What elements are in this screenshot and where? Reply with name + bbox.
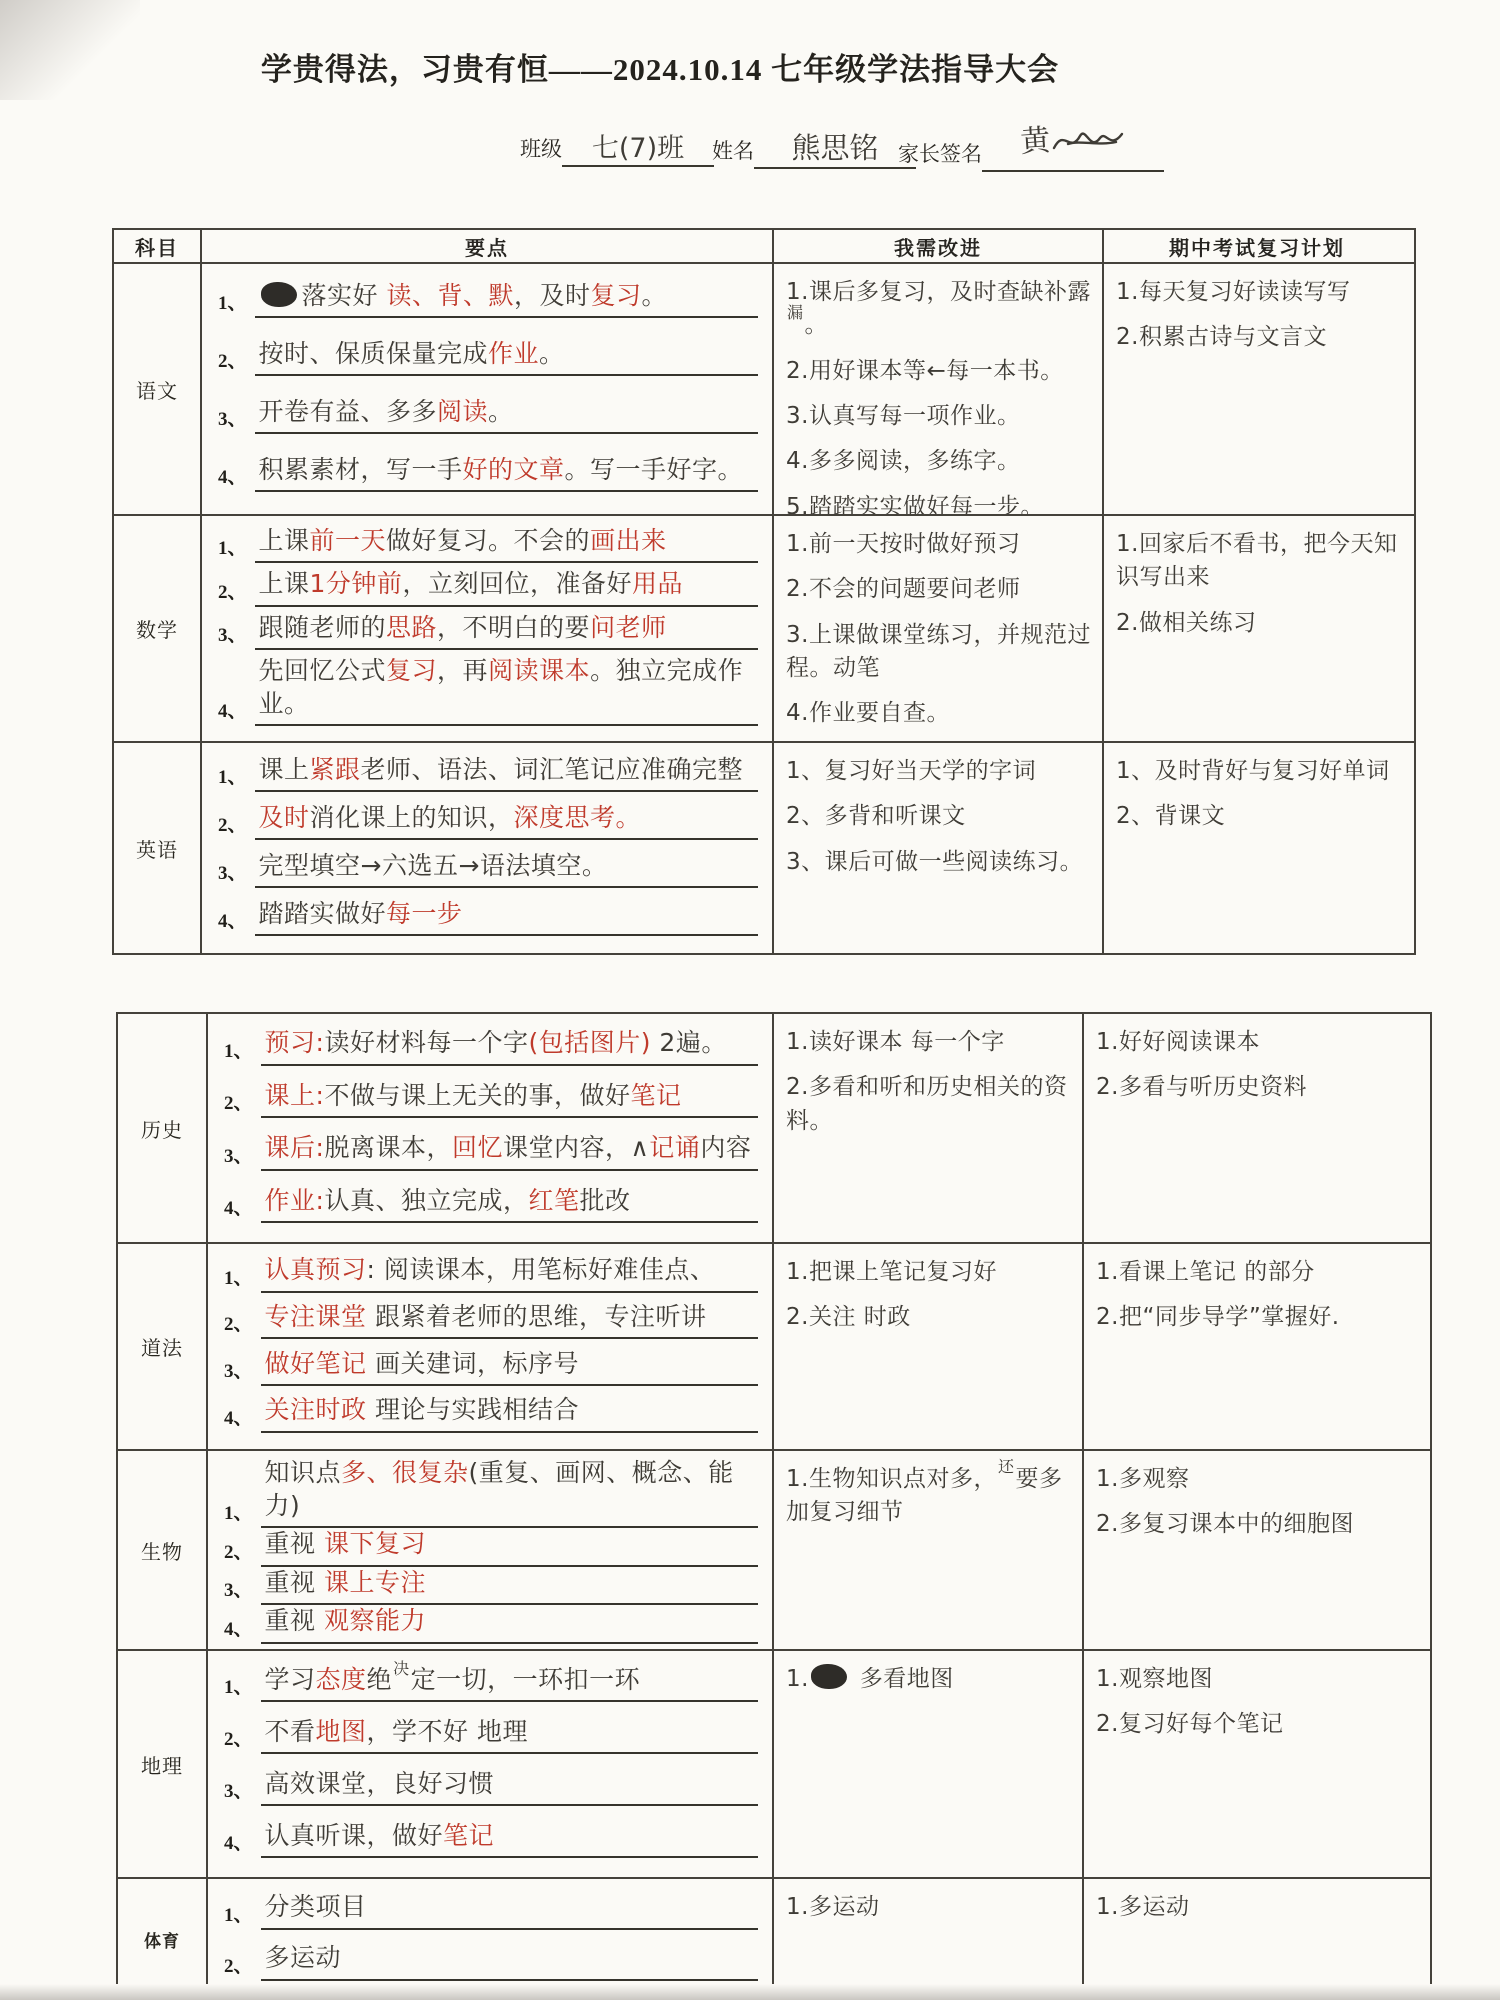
red-annotation: 态度: [316, 1665, 367, 1694]
keypoint-underline-text: 完型填空→六选五→语法填空。: [255, 850, 758, 889]
handwritten-text: 关注 时政: [809, 1304, 911, 1330]
keypoints-cell: 1、预习:读好材料每一个字(包括图片) 2遍。2、课上:不做与课上无关的事，做好…: [206, 1014, 772, 1242]
table-body-bottom: 历史1、预习:读好材料每一个字(包括图片) 2遍。2、课上:不做与课上无关的事，…: [118, 1014, 1430, 1999]
handwritten-text: 绝: [367, 1665, 393, 1694]
item-number: 2.: [786, 1304, 809, 1330]
subject-cell: 生物: [118, 1451, 206, 1649]
item-number: 1、: [218, 533, 247, 560]
subject-label: 生物: [141, 1536, 183, 1565]
improve-item: 1.课后多复习，及时查缺补露漏。: [786, 276, 1094, 343]
table-row-地理: 地理1、学习态度绝决定一切，一环扣一环2、不看地图，学不好 地理3、高效课堂，良…: [118, 1649, 1430, 1877]
keypoint-item: 4、重视 观察能力: [216, 1605, 758, 1644]
parent-signature-field: 家长签名 黄: [898, 126, 1164, 172]
red-annotation: 课上:: [265, 1081, 325, 1110]
keypoint-underline-text: 不看地图，学不好 地理: [261, 1716, 758, 1755]
handwritten-text: 多复习课本中的细胞图: [1119, 1511, 1354, 1537]
subject-label: 数学: [136, 614, 178, 643]
keypoint-item: 1、分类项目: [216, 1891, 758, 1930]
red-annotation: 作业: [488, 339, 539, 368]
handwritten-text: 。: [539, 339, 565, 368]
keypoint-underline-text: 及时消化课上的知识，深度思考。: [255, 802, 758, 841]
handwritten-text: 画关建词，标序号: [367, 1349, 579, 1378]
keypoint-item: 2、多运动: [216, 1942, 758, 1981]
item-number: 1、: [218, 762, 247, 789]
handwritten-text: ，及时: [514, 281, 591, 310]
item-number: 2.: [1096, 1511, 1119, 1537]
handwritten-text: 。: [642, 281, 668, 310]
subject-label: 语文: [136, 375, 178, 404]
inserted-correction: 决: [393, 1659, 410, 1678]
handwritten-text: 。: [805, 312, 829, 338]
subject-cell: 体育: [118, 1879, 206, 1999]
subject-label: 历史: [141, 1114, 183, 1143]
improve-item: 1.读好课本 每一个字: [786, 1026, 1074, 1059]
study-method-table-top: 科目 要点 我需改进 期中考试复习计划 语文1、落实好 读、背、默，及时复习。2…: [112, 228, 1416, 955]
handwritten-text: 及时背好与复习好单词: [1155, 758, 1390, 784]
signature-handwriting: 黄: [1019, 115, 1052, 161]
keypoint-item: 2、专注课堂 跟紧着老师的思维，专注听讲: [216, 1301, 758, 1340]
red-annotation: 紧跟: [310, 755, 361, 784]
class-value: 七(7)班: [562, 126, 714, 167]
keypoints-cell: 1、认真预习: 阅读课本，用笔标好难佳点、2、专注课堂 跟紧着老师的思维，专注听…: [206, 1244, 772, 1449]
keypoint-underline-text: 作业:认真、独立完成，红笔批改: [261, 1185, 758, 1224]
handwritten-text: 生物知识点对多，: [809, 1466, 997, 1492]
plan-item: 2.做相关练习: [1116, 607, 1402, 640]
keypoint-underline-text: 课上紧跟老师、语法、词汇笔记应准确完整: [255, 754, 758, 793]
item-number: 1.: [786, 279, 809, 305]
red-annotation: 预习:: [265, 1028, 325, 1057]
keypoint-item: 1、课上紧跟老师、语法、词汇笔记应准确完整: [210, 754, 758, 793]
item-number: 4、: [218, 462, 247, 489]
table-header-row: 科目 要点 我需改进 期中考试复习计划: [114, 230, 1414, 262]
keypoint-underline-text: 踏踏实做好每一步: [255, 898, 758, 937]
item-number: 2.: [786, 1074, 809, 1100]
handwritten-text: 踏踏实做好: [259, 899, 387, 928]
red-annotation: 做好笔记: [265, 1349, 367, 1378]
handwritten-text: 课后可做一些阅读练习。: [825, 849, 1084, 875]
item-number: 1、: [218, 288, 247, 315]
improve-item: 1.多运动: [786, 1891, 1074, 1924]
item-number: 2.: [786, 576, 809, 602]
red-annotation: 课后:: [265, 1133, 325, 1162]
name-value: 熊思铭: [754, 126, 916, 169]
handwritten-text: 积累素材，写一手: [259, 455, 463, 484]
exam-plan-cell: 1.看课上笔记 的部分2.把“同步导学”掌握好.: [1082, 1244, 1426, 1449]
item-number: 1.: [786, 1666, 809, 1692]
keypoint-item: 2、不看地图，学不好 地理: [216, 1716, 758, 1755]
plan-item: 2.多看与听历史资料: [1096, 1071, 1418, 1104]
handwritten-text: 认真听课，做好: [265, 1821, 444, 1850]
improve-item: 1、复习好当天学的字词: [786, 755, 1094, 788]
improve-item: 4.作业要自查。: [786, 697, 1094, 730]
keypoint-underline-text: 课后:脱离课本，回忆课堂内容，∧记诵内容: [261, 1132, 758, 1171]
table-row-历史: 历史1、预习:读好材料每一个字(包括图片) 2遍。2、课上:不做与课上无关的事，…: [118, 1014, 1430, 1242]
improve-item: 5.踏踏实实做好每一步。: [786, 491, 1094, 514]
keypoint-underline-text: 上课前一天做好复习。不会的画出来: [255, 525, 758, 564]
red-annotation: 深度思考。: [514, 803, 642, 832]
keypoint-underline-text: 认真预习: 阅读课本，用笔标好难佳点、: [261, 1254, 758, 1293]
exam-plan-cell: 1.多运动: [1082, 1879, 1426, 1999]
table-row-生物: 生物1、知识点多、很复杂(重复、画网、概念、能力)2、重视 课下复习3、重视 课…: [118, 1449, 1430, 1649]
red-annotation: 地图: [316, 1717, 367, 1746]
handwritten-text: 课后多复习，及时查缺补露: [809, 279, 1091, 305]
improve-cell: 1.前一天按时做好预习2.不会的问题要问老师3.上课做课堂练习，并规范过程。动笔…: [772, 516, 1102, 741]
keypoint-item: 4、认真听课，做好笔记: [216, 1820, 758, 1859]
keypoint-underline-text: 上课1分钟前，立刻回位，准备好用品: [255, 568, 758, 607]
handwritten-text: 理论与实践相结合: [367, 1395, 579, 1424]
table-row-英语: 英语1、课上紧跟老师、语法、词汇笔记应准确完整2、及时消化课上的知识，深度思考。…: [114, 741, 1414, 953]
keypoint-item: 1、认真预习: 阅读课本，用笔标好难佳点、: [216, 1254, 758, 1293]
improve-cell: 1、复习好当天学的字词2、多背和听课文3、课后可做一些阅读练习。: [772, 743, 1102, 953]
item-number: 2.: [786, 358, 809, 384]
item-number: 2、: [218, 346, 247, 373]
red-annotation: 课上专注: [324, 1568, 426, 1597]
handwritten-text: 多运动: [265, 1943, 342, 1972]
handwritten-text: 高效课堂，良好习惯: [265, 1769, 495, 1798]
keypoint-item: 3、跟随老师的思路，不明白的要问老师: [210, 612, 758, 651]
item-number: 4、: [224, 1193, 253, 1220]
keypoint-underline-text: 落实好 读、背、默，及时复习。: [255, 280, 758, 319]
plan-item: 2.多复习课本中的细胞图: [1096, 1508, 1418, 1541]
handwritten-text: 不做与课上无关的事，做好: [324, 1081, 630, 1110]
exam-plan-cell: 1.每天复习好读读写写2.积累古诗与文言文: [1102, 264, 1410, 514]
item-number: 2、: [218, 810, 247, 837]
red-annotation: 前一天: [310, 526, 387, 555]
improve-item: 3.认真写每一项作业。: [786, 400, 1094, 433]
handwritten-text: : 阅读课本，用笔标好难佳点、: [367, 1255, 716, 1284]
keypoint-item: 4、积累素材，写一手好的文章。写一手好字。: [210, 454, 758, 493]
improve-cell: 1.读好课本 每一个字2.多看和听和历史相关的资料。: [772, 1014, 1082, 1242]
red-annotation: 笔记: [443, 1821, 494, 1850]
handwritten-text: 多看和听和历史相关的资料。: [786, 1074, 1067, 1133]
item-number: 2、: [786, 803, 825, 829]
handwritten-text: 多观察: [1119, 1466, 1190, 1492]
handwritten-text: 跟紧着老师的思维，专注听讲: [367, 1302, 707, 1331]
item-number: 2、: [224, 1309, 253, 1336]
handwritten-text: 不会的问题要问老师: [809, 576, 1021, 602]
item-number: 1、: [224, 1498, 253, 1525]
handwritten-text: 知识点: [265, 1458, 342, 1487]
header-exam-plan: 期中考试复习计划: [1102, 230, 1410, 262]
keypoint-item: 3、完型填空→六选五→语法填空。: [210, 850, 758, 889]
keypoint-underline-text: 重视 课下复习: [261, 1528, 758, 1567]
red-annotation: 回忆: [452, 1133, 503, 1162]
red-annotation: 1分钟前: [310, 569, 403, 598]
plan-item: 1.多运动: [1096, 1891, 1418, 1924]
handwritten-text: 作业要自查。: [809, 700, 950, 726]
red-annotation: 笔记: [630, 1081, 681, 1110]
item-number: 3、: [224, 1575, 253, 1602]
handwritten-text: 2遍。: [651, 1028, 727, 1057]
item-number: 4、: [224, 1614, 253, 1641]
handwritten-text: ，立刻回位，准备好: [402, 569, 632, 598]
improve-item: 3、课后可做一些阅读练习。: [786, 846, 1094, 879]
plan-item: 1、及时背好与复习好单词: [1116, 755, 1402, 788]
handwritten-text: 不看: [265, 1717, 316, 1746]
item-number: 2.: [1116, 610, 1139, 636]
handwritten-text: 重视: [265, 1606, 324, 1635]
item-number: 2.: [1096, 1711, 1119, 1737]
item-number: 3.: [786, 403, 809, 429]
handwritten-text: 观察地图: [1119, 1666, 1213, 1692]
keypoints-cell: 1、课上紧跟老师、语法、词汇笔记应准确完整2、及时消化课上的知识，深度思考。3、…: [200, 743, 772, 953]
keypoint-underline-text: 重视 观察能力: [261, 1605, 758, 1644]
improve-item: 3.上课做课堂练习，并规范过程。动笔: [786, 619, 1094, 686]
exam-plan-cell: 1.观察地图2.复习好每个笔记: [1082, 1651, 1426, 1877]
handwritten-text: 多运动: [809, 1894, 880, 1920]
signature-label: 家长签名: [898, 138, 982, 172]
keypoints-cell: 1、学习态度绝决定一切，一环扣一环2、不看地图，学不好 地理3、高效课堂，良好习…: [206, 1651, 772, 1877]
handwritten-text: 复习好当天学的字词: [825, 758, 1037, 784]
handwritten-text: 多运动: [1119, 1894, 1190, 1920]
handwritten-text: 。: [488, 397, 514, 426]
handwritten-text: 老师、语法、词汇笔记应准确完整: [361, 755, 744, 784]
red-annotation: 阅读: [437, 397, 488, 426]
subject-cell: 数学: [114, 516, 200, 741]
handwritten-text: 积累古诗与文言文: [1139, 324, 1327, 350]
red-annotation: 思路: [386, 613, 437, 642]
improve-item: 2.不会的问题要问老师: [786, 573, 1094, 606]
signature-scribble: [1050, 124, 1126, 158]
keypoint-item: 3、课后:脱离课本，回忆课堂内容，∧记诵内容: [216, 1132, 758, 1171]
plan-item: 2、背课文: [1116, 800, 1402, 833]
handwritten-text: ，不明白的要: [437, 613, 590, 642]
item-number: 2.: [1116, 324, 1139, 350]
handwritten-text: 跟随老师的: [259, 613, 387, 642]
plan-item: 2.积累古诗与文言文: [1116, 321, 1402, 354]
red-annotation: 好的文章: [463, 455, 565, 484]
handwritten-text: 看课上笔记 的部分: [1119, 1259, 1315, 1285]
handwritten-text: 批改: [579, 1186, 630, 1215]
exam-plan-cell: 1.多观察2.多复习课本中的细胞图: [1082, 1451, 1426, 1649]
item-number: 2、: [224, 1951, 253, 1978]
item-number: 3、: [224, 1776, 253, 1803]
item-number: 1.: [1116, 531, 1139, 557]
handwritten-text: 复习好每个笔记: [1119, 1711, 1284, 1737]
item-number: 1、: [224, 1036, 253, 1063]
handwritten-text: 消化课上的知识，: [310, 803, 514, 832]
handwritten-text: 多背和听课文: [825, 803, 966, 829]
keypoint-item: 1、知识点多、很复杂(重复、画网、概念、能力): [216, 1457, 758, 1528]
handwritten-text: 把课上笔记复习好: [809, 1259, 997, 1285]
subject-label: 道法: [141, 1332, 183, 1361]
keypoints-cell: 1、知识点多、很复杂(重复、画网、概念、能力)2、重视 课下复习3、重视 课上专…: [206, 1451, 772, 1649]
item-number: 1.: [1096, 1894, 1119, 1920]
handwritten-text: 前一天按时做好预习: [809, 531, 1021, 557]
improve-item: 2.关注 时政: [786, 1301, 1074, 1334]
plan-item: 2.复习好每个笔记: [1096, 1708, 1418, 1741]
keypoint-underline-text: 高效课堂，良好习惯: [261, 1768, 758, 1807]
keypoint-underline-text: 关注时政 理论与实践相结合: [261, 1394, 758, 1433]
handwritten-text: 学习: [265, 1665, 316, 1694]
red-annotation: 观察能力: [324, 1606, 426, 1635]
keypoint-underline-text: 认真听课，做好笔记: [261, 1820, 758, 1859]
handwritten-text: 多多阅读，多练字。: [809, 448, 1021, 474]
exam-plan-cell: 1、及时背好与复习好单词2、背课文: [1102, 743, 1410, 953]
item-number: 5.: [786, 494, 809, 514]
item-number: 1、: [224, 1900, 253, 1927]
plan-item: 1.观察地图: [1096, 1663, 1418, 1696]
keypoint-item: 3、高效课堂，良好习惯: [216, 1768, 758, 1807]
red-annotation: 记诵: [649, 1133, 700, 1162]
handwritten-text: 读好课本 每一个字: [809, 1029, 1005, 1055]
keypoint-item: 2、课上:不做与课上无关的事，做好笔记: [216, 1080, 758, 1119]
item-number: 2、: [218, 577, 247, 604]
item-number: 1.: [1096, 1029, 1119, 1055]
improve-cell: 1.多运动: [772, 1879, 1082, 1999]
keypoint-underline-text: 专注课堂 跟紧着老师的思维，专注听讲: [261, 1301, 758, 1340]
plan-item: 2.把“同步导学”掌握好.: [1096, 1301, 1418, 1334]
table-row-体育: 体育1、分类项目2、多运动1.多运动1.多运动: [118, 1877, 1430, 1999]
keypoint-item: 2、及时消化课上的知识，深度思考。: [210, 802, 758, 841]
scanned-document-page: 学贵得法，习贵有恒——2024.10.14 七年级学法指导大会 班级 七(7)班…: [0, 0, 1500, 2000]
keypoint-underline-text: 预习:读好材料每一个字(包括图片) 2遍。: [261, 1027, 758, 1066]
red-annotation: 复习: [386, 656, 437, 685]
improve-item: 1.生物知识点对多，还要多加复习细节: [786, 1463, 1074, 1530]
keypoints-cell: 1、上课前一天做好复习。不会的画出来2、上课1分钟前，立刻回位，准备好用品3、跟…: [200, 516, 772, 741]
keypoint-item: 1、落实好 读、背、默，及时复习。: [210, 280, 758, 319]
handwritten-text: 先回忆公式: [259, 656, 387, 685]
handwritten-text: ，学不好 地理: [367, 1717, 528, 1746]
plan-item: 1.多观察: [1096, 1463, 1418, 1496]
handwritten-text: 重视: [265, 1529, 324, 1558]
student-info-line: 班级 七(7)班 姓名 熊思铭 家长签名 黄: [0, 118, 1500, 178]
subject-cell: 语文: [114, 264, 200, 514]
item-number: 1.: [1096, 1259, 1119, 1285]
keypoint-underline-text: 重视 课上专注: [261, 1567, 758, 1606]
keypoint-underline-text: 按时、保质保量完成作业。: [255, 338, 758, 377]
subject-label: 英语: [136, 834, 178, 863]
keypoints-cell: 1、落实好 读、背、默，及时复习。2、按时、保质保量完成作业。3、开卷有益、多多…: [200, 264, 772, 514]
improve-item: 2.用好课本等←每一本书。: [786, 355, 1094, 388]
handwritten-text: 脱离课本，: [324, 1133, 452, 1162]
handwritten-text: 完型填空→六选五→语法填空。: [259, 851, 608, 880]
item-number: 1.: [1096, 1466, 1119, 1492]
handwritten-text: 用好课本等←每一本书。: [809, 358, 1064, 384]
red-annotation: 阅读课本: [488, 656, 590, 685]
keypoint-item: 4、关注时政 理论与实践相结合: [216, 1394, 758, 1433]
header-subject: 科目: [114, 230, 200, 262]
handwritten-text: 上课: [259, 526, 310, 555]
item-number: 4.: [786, 448, 809, 474]
red-annotation: 问老师: [590, 613, 667, 642]
item-number: 3、: [218, 858, 247, 885]
plan-item: 1.好好阅读课本: [1096, 1026, 1418, 1059]
item-number: 2、: [1116, 803, 1155, 829]
handwritten-text: 分类项目: [265, 1892, 367, 1921]
keypoint-underline-text: 学习态度绝决定一切，一环扣一环: [261, 1664, 758, 1703]
improve-item: 2.多看和听和历史相关的资料。: [786, 1071, 1074, 1138]
item-number: 1.: [786, 1894, 809, 1920]
table-row-道法: 道法1、认真预习: 阅读课本，用笔标好难佳点、2、专注课堂 跟紧着老师的思维，专…: [118, 1242, 1430, 1449]
item-number: 4、: [224, 1828, 253, 1855]
red-annotation: 用品: [632, 569, 683, 598]
item-number: 4、: [218, 906, 247, 933]
keypoint-underline-text: 积累素材，写一手好的文章。写一手好字。: [255, 454, 758, 493]
item-number: 3、: [218, 620, 247, 647]
subject-cell: 历史: [118, 1014, 206, 1242]
handwritten-text: 做相关练习: [1139, 610, 1257, 636]
red-annotation: 多、很复杂: [341, 1458, 469, 1487]
red-annotation: 专注课堂: [265, 1302, 367, 1331]
item-number: 3、: [224, 1356, 253, 1383]
handwritten-text: 把“同步导学”掌握好.: [1119, 1304, 1340, 1330]
keypoint-item: 4、先回忆公式复习，再阅读课本。独立完成作业。: [210, 655, 758, 726]
handwritten-text: 重视: [265, 1568, 324, 1597]
inserted-correction: 还: [998, 1457, 1015, 1476]
handwritten-text: 开卷有益、多多: [259, 397, 438, 426]
item-number: 2.: [1096, 1304, 1119, 1330]
item-number: 1.: [786, 1466, 809, 1492]
keypoint-underline-text: 课上:不做与课上无关的事，做好笔记: [261, 1080, 758, 1119]
improve-item: 1.把课上笔记复习好: [786, 1256, 1074, 1289]
item-number: 1.: [786, 1259, 809, 1285]
handwritten-text: 认真写每一项作业。: [809, 403, 1021, 429]
plan-item: 1.回家后不看书，把今天知识写出来: [1116, 528, 1402, 595]
item-number: 2、: [224, 1537, 253, 1564]
red-annotation: 及时: [259, 803, 310, 832]
keypoint-item: 3、做好笔记 画关建词，标序号: [216, 1348, 758, 1387]
item-number: 3.: [786, 622, 809, 648]
red-annotation: 每一步: [386, 899, 463, 928]
red-annotation: 复习: [591, 281, 642, 310]
name-label: 姓名: [712, 135, 754, 169]
table-row-数学: 数学1、上课前一天做好复习。不会的画出来2、上课1分钟前，立刻回位，准备好用品3…: [114, 514, 1414, 741]
item-number: 1、: [224, 1263, 253, 1290]
scribble-mark: [811, 1664, 847, 1689]
keypoint-item: 2、按时、保质保量完成作业。: [210, 338, 758, 377]
improve-cell: 1.把课上笔记复习好2.关注 时政: [772, 1244, 1082, 1449]
keypoint-item: 4、作业:认真、独立完成，红笔批改: [216, 1185, 758, 1224]
item-number: 1.: [786, 1029, 809, 1055]
keypoint-item: 1、上课前一天做好复习。不会的画出来: [210, 525, 758, 564]
item-number: 2、: [224, 1088, 253, 1115]
item-number: 1、: [224, 1672, 253, 1699]
header-keypoints: 要点: [200, 230, 772, 262]
keypoint-underline-text: 知识点多、很复杂(重复、画网、概念、能力): [261, 1457, 758, 1528]
keypoint-underline-text: 跟随老师的思路，不明白的要问老师: [255, 612, 758, 651]
study-method-table-bottom: 历史1、预习:读好材料每一个字(包括图片) 2遍。2、课上:不做与课上无关的事，…: [116, 1012, 1432, 2000]
red-annotation: 画出来: [590, 526, 667, 555]
keypoint-underline-text: 先回忆公式复习，再阅读课本。独立完成作业。: [255, 655, 758, 726]
improve-item: 4.多多阅读，多练字。: [786, 445, 1094, 478]
handwritten-text: 内容: [700, 1133, 751, 1162]
improve-item: 1.前一天按时做好预习: [786, 528, 1094, 561]
handwritten-text: ，再: [437, 656, 488, 685]
improve-item: 1. 多看地图: [786, 1663, 1074, 1696]
item-number: 2.: [1096, 1074, 1119, 1100]
plan-item: 1.看课上笔记 的部分: [1096, 1256, 1418, 1289]
red-annotation: (包括图片): [528, 1028, 651, 1057]
handwritten-text: 课堂内容，∧: [503, 1133, 649, 1162]
item-number: 1.: [1096, 1666, 1119, 1692]
red-annotation: 红笔: [528, 1186, 579, 1215]
keypoint-underline-text: 分类项目: [261, 1891, 758, 1930]
item-number: 4、: [224, 1403, 253, 1430]
item-number: 2、: [224, 1724, 253, 1751]
scribble-mark: [261, 282, 297, 307]
keypoint-item: 2、重视 课下复习: [216, 1528, 758, 1567]
subject-cell: 道法: [118, 1244, 206, 1449]
handwritten-text: 落实好: [302, 281, 387, 310]
keypoint-item: 3、重视 课上专注: [216, 1567, 758, 1606]
handwritten-text: 做好复习。不会的: [386, 526, 590, 555]
keypoint-item: 1、预习:读好材料每一个字(包括图片) 2遍。: [216, 1027, 758, 1066]
handwritten-text: 。写一手好字。: [565, 455, 744, 484]
item-number: 3、: [224, 1141, 253, 1168]
improve-cell: 1. 多看地图: [772, 1651, 1082, 1877]
scan-bottom-edge: [0, 1984, 1500, 2000]
